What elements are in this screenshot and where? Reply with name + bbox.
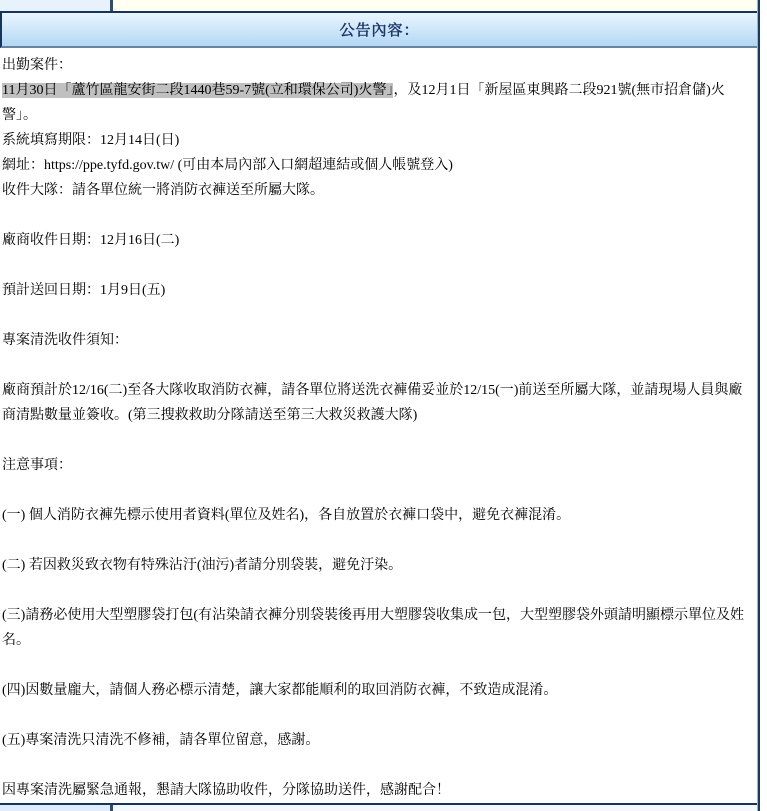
system-deadline-line: 系統填寫期限：12月14日(日)	[2, 128, 755, 153]
closing-line: 因專案清洗屬緊急通報，懇請大隊協助收件，分隊協助送件，感謝配合！	[2, 778, 755, 803]
receiving-brigade-line: 收件大隊：請各單位統一將消防衣褲送至所屬大隊。	[2, 178, 755, 203]
notice-title-line: 專案清洗收件須知：	[2, 328, 755, 353]
announcement-header-bar: 公告內容：	[0, 11, 757, 48]
attention-title-line: 注意事項：	[2, 453, 755, 478]
attention-item-2: (二) 若因救災致衣物有特殊沾汙(油污)者請分別袋裝，避免汙染。	[2, 553, 755, 578]
case-highlighted-text: 11月30日「蘆竹區龍安街二段1440巷59-7號(立和環保公司)火警」	[2, 83, 393, 98]
dispatch-case-line: 11月30日「蘆竹區龍安街二段1440巷59-7號(立和環保公司)火警」，及12…	[2, 78, 755, 128]
top-table-row	[0, 0, 757, 11]
bottom-left-cell	[0, 805, 110, 811]
top-left-cell	[0, 0, 110, 11]
attention-item-1: (一) 個人消防衣褲先標示使用者資料(單位及姓名)，各自放置於衣褲口袋中，避免衣…	[2, 503, 755, 528]
expected-return-date-line: 預計送回日期：1月9日(五)	[2, 278, 755, 303]
top-right-cell	[113, 0, 757, 11]
announcement-content: 出勤案件： 11月30日「蘆竹區龍安街二段1440巷59-7號(立和環保公司)火…	[0, 48, 757, 803]
table-right-border	[757, 0, 760, 811]
attention-item-5: (五)專案清洗只清洗不修補，請各單位留意，感謝。	[2, 728, 755, 753]
attention-item-4: (四)因數量龐大，請個人務必標示清楚，讓大家都能順利的取回消防衣褲，不致造成混淆…	[2, 678, 755, 703]
pickup-detail-line: 廠商預計於12/16(二)至各大隊收取消防衣褲，請各單位將送洗衣褲備妥並於12/…	[2, 378, 755, 428]
website-line: 網址：https://ppe.tyfd.gov.tw/ (可由本局內部入口網超連…	[2, 153, 755, 178]
announcement-page: 公告內容： 出勤案件： 11月30日「蘆竹區龍安街二段1440巷59-7號(立和…	[0, 0, 767, 811]
vendor-pickup-date-line: 廠商收件日期：12月16日(二)	[2, 228, 755, 253]
attention-item-3: (三)請務必使用大型塑膠袋打包(有沾染請衣褲分別袋裝後再用大塑膠袋收集成一包，大…	[2, 603, 755, 653]
dispatch-cases-label: 出勤案件：	[2, 53, 755, 78]
announcement-header-title: 公告內容：	[339, 19, 419, 40]
bottom-table-row	[0, 803, 757, 811]
bottom-right-cell	[113, 805, 757, 811]
